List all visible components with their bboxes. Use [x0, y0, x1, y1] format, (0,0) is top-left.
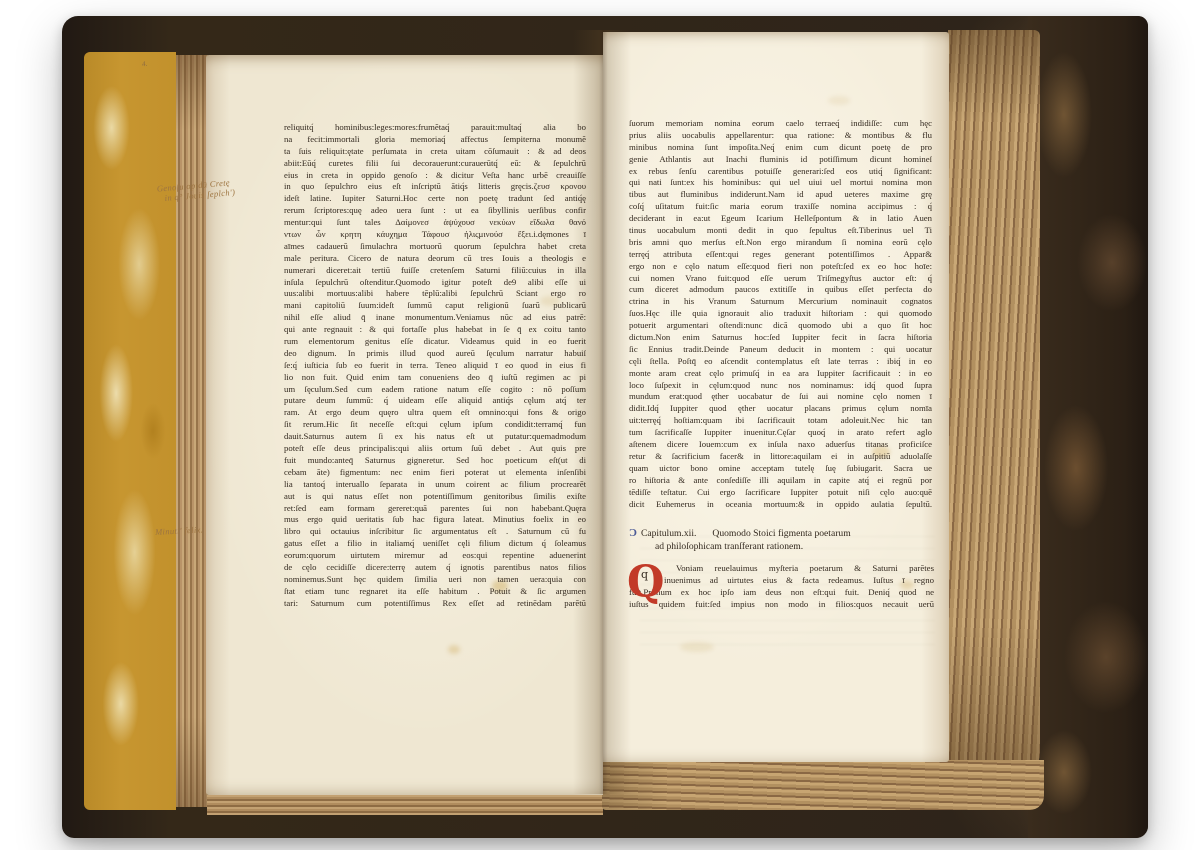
chapter-heading: ƆCapitulum.xii.Quomodo Stoici figmenta p… — [629, 527, 937, 553]
printed-text-line: uus:alibi mortuus:alibi habere tēplū:ali… — [284, 288, 586, 300]
printed-text-line: poteſt eſſe deus principalis:qui aliis o… — [284, 443, 586, 455]
printed-text-line: ſuorum memoriam nomina eorum caelo terra… — [629, 118, 932, 130]
printed-text-line: aſtenem dicere Iouem:cum ex inſula naxo … — [629, 439, 932, 451]
printed-text-line: ret:ſed eam formam gereret:quā parentes … — [284, 503, 586, 515]
printed-text-line: rerum ſcriptores:quę adeo uera ſunt : ut… — [284, 205, 586, 217]
printed-text-line: nihil eſſe aliud q̄ inane monumentum.Ven… — [284, 312, 586, 324]
printed-text-line: nominemus.Sunt hęc quidem ſimilia ueri n… — [284, 574, 586, 586]
printed-text-line: terręq́ attributa eſſent:qui reges gener… — [629, 249, 932, 261]
printed-text-line: cui nomen Vrano fuit:quod eſſe uerum Tri… — [629, 273, 932, 285]
printed-text-line: tibus aut fluminibus indiderunt.Nam id a… — [629, 189, 932, 201]
printed-text-line: deo dignum. In primis illud quod aureū ſ… — [284, 348, 586, 360]
printed-text-line: mus ergo quid ueritatis ſub hac figura l… — [284, 514, 586, 526]
page-edges-right — [948, 30, 1040, 772]
pilcrow-mark: Ɔ — [629, 527, 637, 539]
printed-text-line: reliquitq́ hominibus:leges:mores:frumẽta… — [284, 122, 586, 134]
printed-text-line: tum ſacrificaſſe Iuppiter inuenitur.Cęſa… — [629, 427, 932, 439]
printed-text-line: ſtat etiam tunc regnaret ita eſſe habitu… — [284, 586, 586, 598]
printed-text-line: lio non fuit. Quid enim tam conueniens d… — [284, 372, 586, 384]
chapter-heading-line1: ƆCapitulum.xii.Quomodo Stoici figmenta p… — [629, 527, 937, 541]
printed-text-line: ex rebus ſenſu carentibus potuiſſe gener… — [629, 166, 932, 178]
printed-text-line: um ſęculum.Sed cum eadem ratione natum e… — [284, 384, 586, 396]
printed-text-line: ta ſuis reliquit:ętate perſumata in cret… — [284, 146, 586, 158]
printed-text-line: prius aliis uocabulis appellarentur: qua… — [629, 130, 932, 142]
printed-text-line: minibus nomina ſunt impoſita.Neq́ enim c… — [629, 142, 932, 154]
printed-text-line: didit.Idq́ Iuppiter quod ęther uocatur p… — [629, 403, 932, 415]
printed-text-line: ντων ὦν κρητη κάυχημα Τάφουσ ἡλιςμινούσ … — [284, 229, 586, 241]
printed-text-line: ideſt latine. Iupiter Saturni.Hoc certe … — [284, 193, 586, 205]
printed-text-line: ſit rerum.Hic ſit neceſſe eſt:qui cęlum … — [284, 419, 586, 431]
printed-text-line: quam uictor bono omine acceptam tutelę ſ… — [629, 463, 932, 475]
guide-letter: q — [641, 569, 648, 580]
printed-text-line: cęli ſtella. Poſtq̄ eo aſcendit contempl… — [629, 356, 932, 368]
printed-text-line: tari: Saturnum cum potentiſſimus Rex eſſ… — [284, 598, 586, 610]
printed-text-line: potuerit argumentari oſtendi:nunc dicā q… — [629, 320, 932, 332]
printed-text-line: mani capitoliū ſuum:ideſt ſummū caput re… — [284, 300, 586, 312]
printed-text-line: inſula ſepulchrū oſtenditur.Quomodo igit… — [284, 277, 586, 289]
foliation-mark: 4. — [141, 60, 147, 69]
printed-text-line: tēdiſſe teſtatur. Cui ergo ſacrificare I… — [629, 487, 932, 499]
initial-letter: Q — [627, 557, 664, 607]
stain — [448, 645, 460, 654]
printed-text-line: mentur:qui ſunt tales Δαίμονεσ ἀψύχουσ ν… — [284, 217, 586, 229]
printed-text-line: retur & ſacrificium facer& in littore:aq… — [629, 451, 932, 463]
printed-text-line: genie Athlantis aut Inachi fluminis id p… — [629, 154, 932, 166]
printed-text-line: qui nati ſunt:ex his hominibus: qui uel … — [629, 177, 932, 189]
printed-text-line: dictum.Non enim Saturnus hoc:ſed Iuppite… — [629, 332, 932, 344]
rubricated-initial-Q: Q q — [627, 560, 667, 604]
page-edges-left — [176, 55, 208, 807]
printed-text-line: aīmes cadauerū ſimulachra mortuorū quoru… — [284, 241, 586, 253]
chapter-label: Capitulum.xii. — [641, 528, 696, 539]
printed-text-line: numerari diceret:ait tertiū fuiſſe crete… — [284, 265, 586, 277]
printed-text-line: de cęlo cecidiſſe dicere:terrę autem q́ … — [284, 562, 586, 574]
printed-text-line: uit:terręq́ hoſtiam:quam ibi ſacrificaui… — [629, 415, 932, 427]
printed-text-line: eius in creta in oppido genoſo : & dicit… — [284, 170, 586, 182]
marbled-endpaper — [84, 52, 176, 810]
left-page-text-column: reliquitq́ hominibus:leges:mores:frumẽta… — [284, 122, 586, 610]
printed-text-line: iuſtus quidem fuit:ſed impius non modo i… — [629, 599, 934, 611]
printed-text-line: fuit.Primum ex hoc ipſo iam deus non eſt… — [629, 587, 934, 599]
printed-text-line: in quo ſepulchro eius eſt inſcriptū ātiq… — [284, 181, 586, 193]
printed-text-line: lia tantoq́ interuallo ſeparata in unum … — [284, 479, 586, 491]
printed-text-line: gatus eſſet a filio in italiamq́ ueniſſe… — [284, 538, 586, 550]
printed-text-line: cebam āte) figmentum: nec enim fieri pot… — [284, 467, 586, 479]
chapter-title-line1: Quomodo Stoici figmenta poetarum — [712, 528, 850, 539]
printed-text-line: ctrina in his Vranum Saturnum Mercurium … — [629, 296, 932, 308]
printed-text-line: cum diceret admodum paucos extitiſſe in … — [629, 284, 932, 296]
printed-text-line: abiit:Eūq́ curetes filii ſui decorauerun… — [284, 158, 586, 170]
printed-text-line: ſe:q́ iuſticia ſub eo fuerit in terra. T… — [284, 360, 586, 372]
printed-text-line: ſic Ennius tradit.Deinde Paneum deducit … — [629, 344, 932, 356]
printed-text-line: male peritura. Cicero de natura deorum c… — [284, 253, 586, 265]
printed-text-line: monte aram creat cęlo primuſq́ in ea ara… — [629, 368, 932, 380]
chapter-opening-paragraph: Q q Voniam reuelauimus myſteria poetarum… — [629, 563, 934, 611]
leather-cover-right — [1028, 16, 1148, 838]
printed-text-line: mundum erat:quod ęther uocabatur de ſui … — [629, 391, 932, 403]
page-edges-bottom-right — [602, 760, 1044, 810]
printed-text-line: eorum:quorum uirtutem miremur ad eos:qui… — [284, 550, 586, 562]
printed-text-line: ram. At ergo deum quęro ultra quem eſt o… — [284, 407, 586, 419]
printed-text-line: tinus uocabulum monti dedit in quo ſepul… — [629, 225, 932, 237]
right-page-text-column: ſuorum memoriam nomina eorum caelo terra… — [629, 118, 932, 510]
printed-text-line: ſuos.Hęc ille quia ignorauit alio tradux… — [629, 308, 932, 320]
printed-text-line: aut is qui natus eſſet non potentiſſimum… — [284, 491, 586, 503]
photo-background: reliquitq́ hominibus:leges:mores:frumẽta… — [0, 0, 1200, 850]
printed-text-line: Voniam reuelauimus myſteria poetarum & S… — [629, 563, 934, 575]
stain — [828, 96, 850, 105]
printed-text-line: dicit Euhemerus in oceania mortuum:& in … — [629, 499, 932, 511]
printed-text-line: qui ante regnauit : & qui fortaſſe plus … — [284, 324, 586, 336]
printed-text-line: deciderant in ea:ut Egeum Icarium Helleſ… — [629, 213, 932, 225]
printed-text-line: putare deum ſummū: q́ uideam eſſe aliqui… — [284, 395, 586, 407]
chapter-title-line2: ad philoſophicam tranſferant rationem. — [629, 541, 937, 554]
printed-text-line: rum elementorum genitus eſſe dicatur. Vi… — [284, 336, 586, 348]
printed-text-line: dauit.Saturnus autem ſi ex his natus eſt… — [284, 431, 586, 443]
printed-text-line: ergo non e cęlo natum eſſe:quod fieri no… — [629, 261, 932, 273]
printed-text-line: na fecit:immortali gloria memoriaq́ affe… — [284, 134, 586, 146]
printed-text-line: bris amni quo merſus eſt.Non ergo mirand… — [629, 237, 932, 249]
printed-text-line: inuenimus ad uirtutes eius & facta redea… — [629, 575, 934, 587]
printed-text-line: libro qui octauius inſcribitur ſic argum… — [284, 526, 586, 538]
printed-text-line: loco ſuſpexit in cęlum:quod nunc nos nom… — [629, 380, 932, 392]
printed-text-line: ro hiſtoria & ante conſediſſe illi aquil… — [629, 475, 932, 487]
printed-text-line: coſq́ uſitatum fuit:ſic maria eorum trax… — [629, 201, 932, 213]
printed-text-line: fuit mundo:anteq̄ Saturnus gigneretur. S… — [284, 455, 586, 467]
